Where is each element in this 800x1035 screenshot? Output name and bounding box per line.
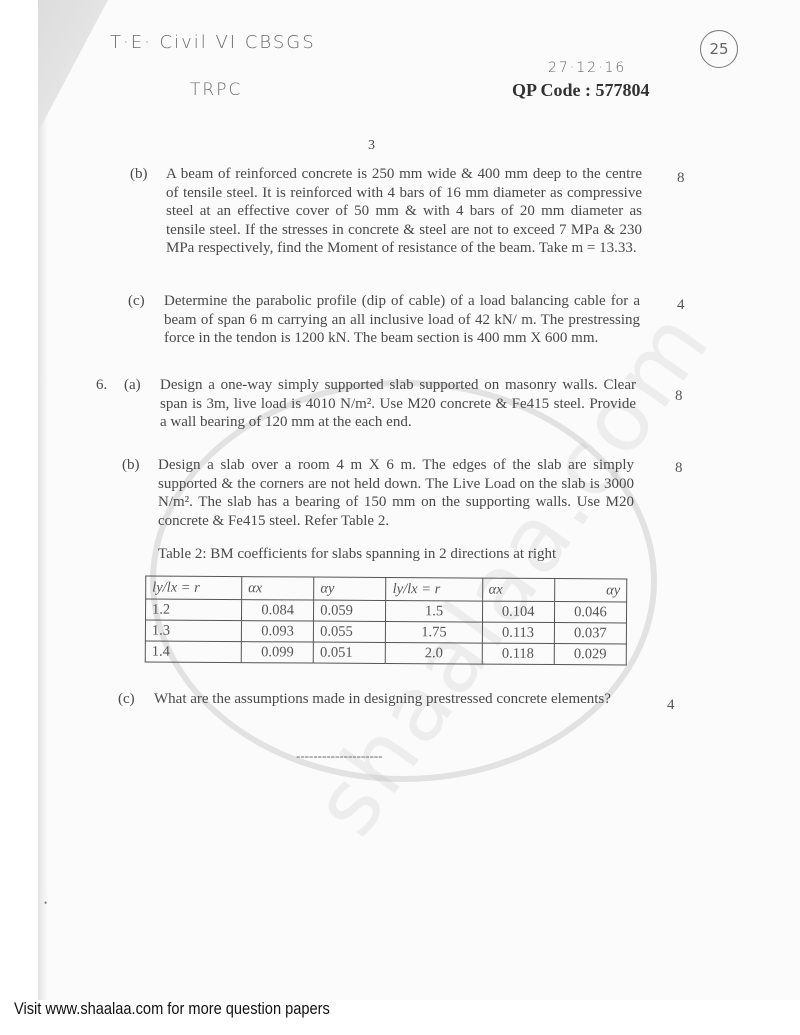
- question-text: Determine the parabolic profile (dip of …: [164, 292, 640, 348]
- question-marks: 8: [675, 460, 683, 477]
- table-row: 1.4 0.099 0.051 2.0 0.118 0.029: [145, 641, 626, 665]
- table-header: ly/lx = r: [146, 576, 242, 600]
- question-marks: 4: [677, 297, 685, 314]
- question-part-label: (a): [124, 376, 141, 395]
- table-header: αx: [242, 577, 314, 600]
- question-marks: 8: [675, 388, 683, 405]
- circled-page-number: 25: [700, 30, 738, 68]
- table-cell: 0.059: [314, 600, 386, 621]
- question-text: Design a one-way simply supported slab s…: [160, 376, 636, 432]
- table-cell: 2.0: [386, 642, 482, 664]
- table-row: 1.3 0.093 0.055 1.75 0.113 0.037: [145, 620, 626, 644]
- table-cell: 1.5: [386, 601, 482, 623]
- table-cell: 0.055: [314, 621, 386, 642]
- question-part-label: (c): [118, 690, 135, 709]
- table-cell: 0.118: [482, 643, 554, 664]
- table-cell: 0.099: [241, 642, 313, 663]
- table-cell: 0.051: [313, 642, 385, 663]
- table-cell: 0.104: [482, 601, 554, 622]
- question-marks: 8: [677, 170, 685, 187]
- scan-speck: •: [44, 898, 47, 908]
- table-cell: 0.093: [241, 621, 313, 642]
- question-part-label: (b): [122, 456, 140, 475]
- table-caption: Table 2: BM coefficients for slabs spann…: [158, 546, 556, 563]
- table-cell: 1.3: [145, 620, 241, 642]
- table-cell: 0.037: [554, 623, 626, 644]
- handwritten-date: 27·12·16: [548, 60, 626, 76]
- table-header: αx: [482, 578, 554, 601]
- question-text: A beam of reinforced concrete is 250 mm …: [166, 165, 642, 258]
- footer-notice: Visit www.shaalaa.com for more question …: [14, 999, 330, 1019]
- table-header: ly/lx = r: [386, 578, 482, 602]
- table-header: αy: [554, 579, 626, 602]
- question-marks: 4: [667, 697, 675, 714]
- table-header-row: ly/lx = r αx αy ly/lx = r αx αy: [146, 576, 627, 602]
- table-cell: 0.084: [242, 600, 314, 621]
- table-row: 1.2 0.084 0.059 1.5 0.104 0.046: [145, 599, 626, 623]
- question-text: Design a slab over a room 4 m X 6 m. The…: [158, 456, 634, 530]
- table-cell: 0.113: [482, 622, 554, 643]
- bm-coefficients-table: ly/lx = r αx αy ly/lx = r αx αy 1.2 0.08…: [145, 576, 628, 666]
- page-edge-shadow: [38, 0, 48, 1000]
- page-number: 3: [368, 138, 375, 154]
- handwritten-course: T·E· Civil VI CBSGS: [110, 32, 316, 53]
- end-of-paper-divider: --------------------: [296, 748, 383, 764]
- table-cell: 1.75: [386, 621, 482, 643]
- table-header: αy: [314, 577, 386, 600]
- table-cell: 1.4: [145, 641, 241, 663]
- table-cell: 0.029: [554, 644, 626, 665]
- question-number: 6.: [96, 376, 107, 395]
- table-cell: 1.2: [145, 599, 241, 621]
- table-cell: 0.046: [554, 602, 626, 623]
- question-text: What are the assumptions made in designi…: [154, 690, 624, 709]
- qp-code: QP Code : 577804: [512, 80, 650, 101]
- question-part-label: (c): [128, 292, 145, 311]
- handwritten-subject: TRPC: [190, 80, 242, 100]
- question-part-label: (b): [130, 165, 148, 184]
